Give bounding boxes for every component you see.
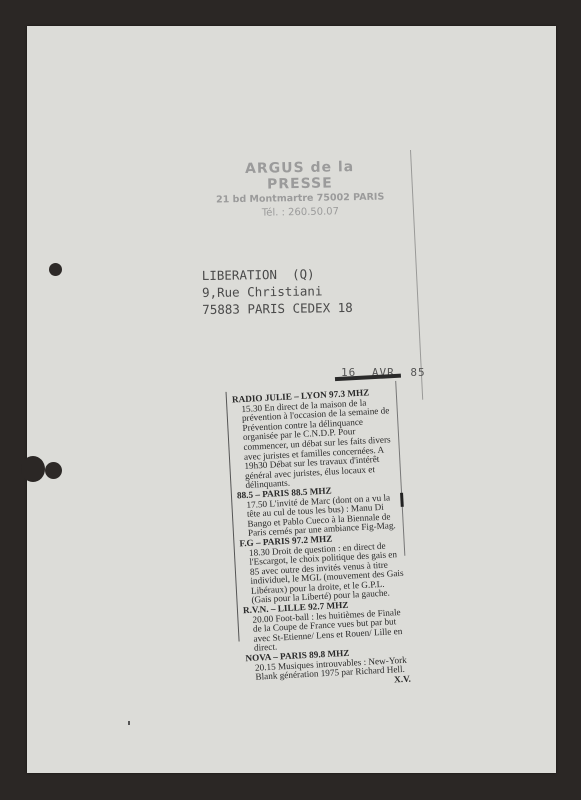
punch-hole [45, 462, 62, 479]
clipping-top-rule [335, 374, 401, 381]
date-year: 85 [410, 366, 425, 379]
ink-speck [128, 721, 130, 725]
stamp-phone: Tél. : 260.50.07 [210, 205, 390, 219]
listing-entry: 88.5 – PARIS 88.5 MHZ 17.50 L'invité de … [237, 483, 403, 539]
stamp-name: ARGUS de la PRESSE [210, 158, 391, 193]
torn-punch-hole [21, 456, 45, 482]
document-page: ARGUS de la PRESSE 21 bd Montmartre 7500… [27, 26, 556, 773]
addressee-line-3: 75883 PARIS CEDEX 18 [202, 299, 353, 318]
listing-entry: F.G – PARIS 97.2 MHZ 18.30 Droit de ques… [239, 531, 406, 607]
punch-hole [49, 263, 62, 276]
addressee-line-1: LIBERATION (Q) [202, 265, 353, 284]
listing-text: 18.30 Droit de question : en direct de l… [240, 540, 407, 606]
addressee-line-2: 9,Rue Christiani [202, 282, 353, 301]
listing-entry: R.V.N. – LILLE 92.7 MHZ 20.00 Foot-ball … [243, 598, 409, 654]
press-agency-stamp: ARGUS de la PRESSE 21 bd Montmartre 7500… [210, 158, 391, 219]
slip-edge-line [410, 150, 423, 400]
clipping-text: RADIO JULIE – LYON 97.3 MHZ 15.30 En dir… [232, 387, 411, 693]
stamp-address: 21 bd Montmartre 75002 PARIS [210, 191, 390, 205]
addressee-block: LIBERATION (Q) 9,Rue Christiani 75883 PA… [202, 265, 353, 318]
newspaper-clipping: RADIO JULIE – LYON 97.3 MHZ 15.30 En dir… [223, 373, 405, 656]
listing-entry: RADIO JULIE – LYON 97.3 MHZ 15.30 En dir… [232, 387, 401, 491]
listing-text: 15.30 En direct de la maison de la préve… [232, 397, 400, 492]
